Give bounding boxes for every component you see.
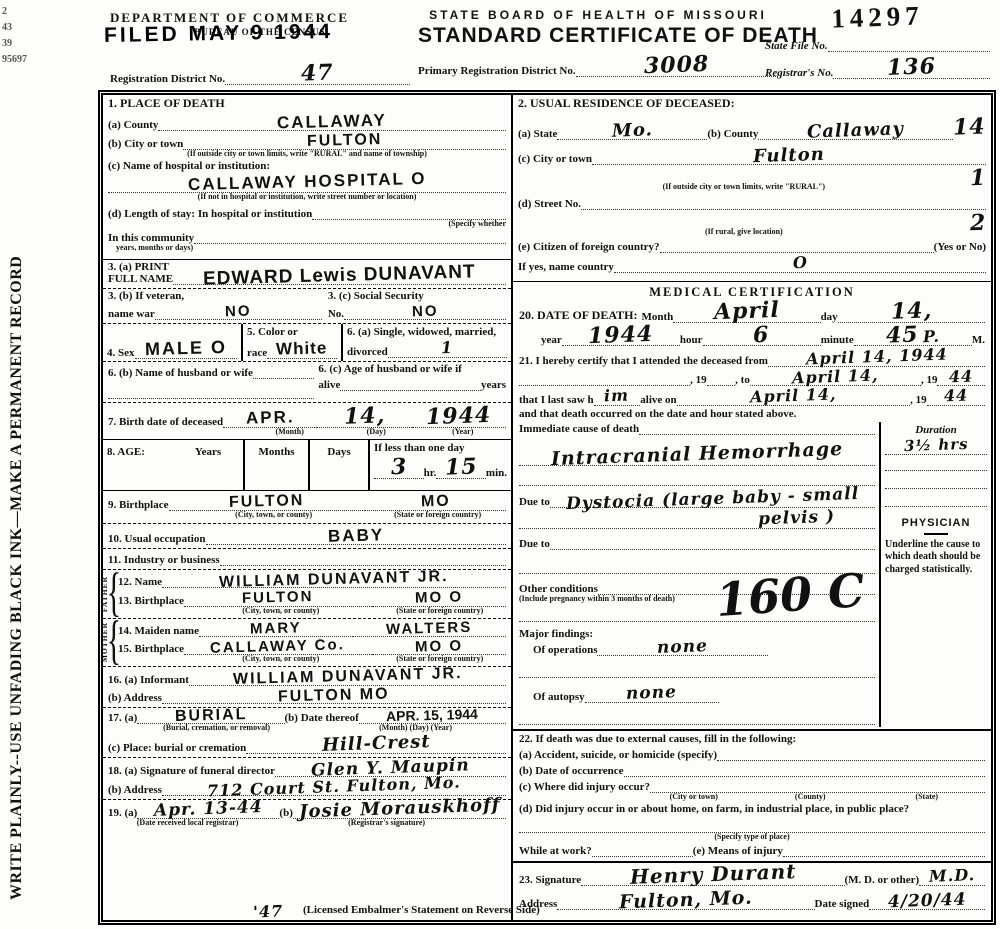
- occupation-label: 10. Usual occupation: [108, 533, 206, 545]
- margin-number: 43: [2, 20, 27, 36]
- received-label: 19. (a): [108, 807, 137, 819]
- length-of-stay-label: (d) Length of stay: In hospital or insti…: [108, 208, 312, 220]
- section-industry: 11. Industry or business: [103, 548, 511, 569]
- city-note: (If outside city or town limits, write "…: [108, 150, 506, 159]
- birth-month-value: APR.: [223, 410, 317, 427]
- registrar-sig-label: (b): [279, 807, 292, 819]
- father-birthplace-note-2: (State or foreign country): [374, 607, 507, 616]
- cause-blank-line: [519, 472, 875, 486]
- mother-birthplace-label: 15. Birthplace: [118, 643, 184, 655]
- father-birthplace-label: 13. Birthplace: [118, 595, 184, 607]
- father-group: FATHER 12. NameWILLIAM DUNAVANT JR. 13. …: [103, 569, 511, 618]
- md-value: M.D.: [919, 869, 985, 885]
- residence-county-code: 14: [953, 113, 987, 140]
- state-board-heading: STATE BOARD OF HEALTH OF MISSOURI: [418, 8, 778, 22]
- autopsy-blank-line: [519, 711, 875, 725]
- injury-place-label: (d) Did injury occur in or about home, o…: [519, 803, 985, 815]
- age-years-col: Years: [195, 446, 221, 458]
- physician-divider: [924, 533, 948, 535]
- margin-vertical-instruction: WRITE PLAINLY--USE UNFADING BLACK INK—MA…: [8, 100, 26, 900]
- section-external-causes: 22. If death was due to external causes,…: [513, 729, 991, 862]
- informant-label: 16. (a) Informant: [108, 674, 189, 686]
- accident-label: (a) Accident, suicide, or homicide (spec…: [519, 749, 717, 761]
- funeral-director-label: 18. (a) Signature of funeral director: [108, 765, 275, 777]
- mother-birthplace-state: MO O: [372, 640, 506, 655]
- marital-label: 6. (a) Single, widowed, married,: [347, 326, 507, 338]
- margin-number: 39: [2, 36, 27, 52]
- ssn-value: NO: [344, 305, 506, 320]
- date-signed-value: 4/20/44: [869, 894, 985, 910]
- alive-on-label: alive on: [640, 394, 676, 406]
- signature-label: 23. Signature: [519, 874, 581, 886]
- section-burial: 17. (a) BURIAL (b) Date thereof APR. 15,…: [103, 707, 511, 757]
- mother-group: MOTHER 14. Maiden nameMARYWALTERS 15. Bi…: [103, 618, 511, 667]
- birth-date-label: 7. Birth date of deceased: [108, 416, 223, 428]
- burial-place-label: (c) Place: burial or cremation: [108, 742, 246, 754]
- name-country-label: If yes, name country: [518, 261, 614, 273]
- street-no-note: (If rural, give location): [518, 228, 970, 237]
- city-value: FULTON: [183, 134, 506, 149]
- while-at-work-label: While at work?: [519, 845, 592, 857]
- ssn-label: 3. (c) Social Security: [328, 290, 506, 302]
- age-hours-value: 3: [374, 458, 424, 479]
- burial-note: (Burial, cremation, or removal): [108, 724, 325, 733]
- section-physician-signature: 23. Signature Henry Durant (M. D. or oth…: [513, 861, 991, 916]
- informant-value: WILLIAM DUNAVANT JR.: [189, 670, 506, 685]
- spouse-name-value-2: [108, 389, 314, 399]
- registrar-signature-value: Josie Morauskhoff: [293, 801, 506, 818]
- maiden-name-value: MARY: [199, 622, 353, 637]
- industry-label: 11. Industry or business: [108, 554, 220, 566]
- sex-value: MALE O: [135, 340, 238, 358]
- residence-city-value: Fulton: [592, 148, 986, 165]
- section-sex-race-marital: 4. SexMALE O 5. Color or raceWhite 6. (a…: [103, 323, 511, 360]
- embalmer-footer: (Licensed Embalmer's Statement on Revers…: [303, 904, 540, 916]
- primary-district-value: 3008: [576, 56, 778, 77]
- certificate-number-stamp: 14297: [765, 0, 991, 37]
- citizen-note: (Yes or No): [934, 241, 986, 253]
- last-year: 44: [927, 389, 985, 405]
- dod-year-label: year: [541, 334, 562, 346]
- residence-county-label: (b) County: [707, 128, 758, 140]
- county-value: CALLAWAY: [158, 114, 506, 131]
- last-saw-label: that I last saw h: [519, 394, 594, 406]
- birth-year-value: 1944: [412, 407, 506, 428]
- name-war-label: name war: [108, 308, 155, 320]
- less-than-day-label: If less than one day: [374, 442, 507, 454]
- attended-line4: and that death occurred on the date and …: [519, 408, 985, 420]
- burial-date-value: APR. 15, 1944: [359, 709, 506, 724]
- immediate-cause-label: Immediate cause of death: [519, 423, 639, 435]
- physician-label: PHYSICIAN: [885, 517, 987, 529]
- section-age: 8. AGE: Years Months Days If less than o…: [103, 439, 511, 490]
- maiden-name-label: 14. Maiden name: [118, 625, 199, 637]
- alive-label: alive: [318, 379, 340, 391]
- injury-place-note: (Specify type of place): [519, 833, 985, 842]
- years-label: years: [481, 379, 506, 391]
- dod-day-value: 14,: [838, 302, 985, 323]
- immediate-cause-fill: [639, 422, 875, 435]
- attended-fill-2: [707, 373, 736, 386]
- community-note: years, months or days): [108, 244, 506, 253]
- residence-city-label: (c) City or town: [518, 153, 592, 165]
- marital-value: 1: [388, 341, 507, 357]
- mother-birthplace-value: CALLAWAY Co.: [184, 640, 372, 655]
- registrar-no-label: Registrar's No.: [765, 67, 833, 79]
- due-to-2-value: [550, 537, 875, 550]
- burial-value: BURIAL: [137, 709, 284, 724]
- attended-19b: , 19: [921, 374, 938, 386]
- dod-minute-value: 45 P.: [854, 326, 972, 347]
- birthplace-note-2: (State or foreign country): [369, 511, 506, 520]
- community-value: [194, 231, 506, 244]
- birthplace-label: 9. Birthplace: [108, 499, 169, 511]
- certificate-title: STANDARD CERTIFICATE OF DEATH: [418, 24, 778, 48]
- received-date-value: Apr. 13-44: [137, 802, 279, 818]
- birthplace-note-1: (City, town, or county): [178, 511, 369, 520]
- attended-block: 21. I hereby certify that I attended the…: [513, 348, 991, 421]
- registration-district-label: Registration District No.: [110, 73, 225, 85]
- hospital-value: CALLAWAY HOSPITAL O: [108, 172, 506, 193]
- duration-blank-1: [885, 455, 987, 471]
- occurrence-date-label: (b) Date of occurrence: [519, 765, 624, 777]
- hospital-label: (c) Name of hospital or institution:: [108, 160, 270, 172]
- death-certificate-scan: 2 43 39 95697 WRITE PLAINLY--USE UNFADIN…: [0, 0, 1000, 929]
- md-or-other-label: (M. D. or other): [845, 874, 920, 886]
- margin-numbers: 2 43 39 95697: [2, 4, 27, 68]
- attended-line1: 21. I hereby certify that I attended the…: [519, 355, 768, 367]
- dod-year-value: 1944: [562, 326, 680, 347]
- while-at-work-value: [592, 844, 693, 857]
- duration-physician-column: Duration 3½ hrs PHYSICIAN Underline the …: [879, 422, 991, 727]
- attended-19a: , 19: [690, 374, 707, 386]
- birthplace-city-value: FULTON: [169, 495, 366, 510]
- right-column: 2. USUAL RESIDENCE OF DECEASED: (a) Stat…: [513, 95, 991, 920]
- section-birthplace: 9. Birthplace FULTON MO (City, town, or …: [103, 490, 511, 522]
- section-usual-residence: 2. USUAL RESIDENCE OF DECEASED: (a) Stat…: [513, 95, 991, 281]
- signature-value: Henry Durant: [581, 865, 844, 885]
- section-birth-date: 7. Birth date of deceased APR. 14, 1944 …: [103, 402, 511, 440]
- last-saw-value: April 14,: [677, 389, 910, 405]
- mother-label: MOTHER: [100, 622, 109, 662]
- full-name-value: EDWARD Lewis DUNAVANT: [173, 267, 506, 285]
- residence-county-value: Callaway: [758, 123, 953, 140]
- maiden-surname-value: WALTERS: [353, 622, 507, 637]
- veteran-value: NO: [155, 305, 322, 320]
- due-to-2-label: Due to: [519, 538, 550, 550]
- state-file-value: [828, 39, 990, 52]
- injury-where-value: [650, 780, 985, 793]
- received-note: (Date received local registrar): [108, 819, 267, 828]
- divorced-label: divorced: [347, 346, 388, 358]
- spouse-age-label: 6. (c) Age of husband or wife if: [318, 363, 506, 375]
- residence-city-code: 1: [969, 165, 986, 192]
- other-conditions-block: 160 C Other conditions (Include pregnanc…: [519, 582, 875, 725]
- signature-address-value: Fulton, Mo.: [557, 892, 814, 910]
- certificate-form: DEPARTMENT OF COMMERCE BUREAU OF THE CEN…: [98, 2, 996, 927]
- of-operations-label: Of operations: [533, 644, 597, 656]
- city-label: (b) City or town: [108, 138, 183, 150]
- left-column: 1. PLACE OF DEATH (a) CountyCALLAWAY (b)…: [103, 95, 513, 920]
- informant-address-value: FULTON MO: [162, 689, 506, 704]
- place-of-death-title: 1. PLACE OF DEATH: [108, 96, 506, 111]
- birthplace-state-value: MO: [365, 495, 506, 510]
- father-label: FATHER: [100, 576, 109, 612]
- attended-from-value: April 14, 1944: [768, 350, 985, 366]
- month-note: (Month): [246, 428, 333, 437]
- father-name-label: 12. Name: [118, 576, 162, 588]
- street-no-value: [581, 197, 986, 210]
- father-birthplace-value: FULTON: [184, 591, 372, 606]
- date-thereof-label: (b) Date thereof: [285, 712, 359, 724]
- citizen-value: [660, 240, 934, 253]
- due-to-1-label: Due to: [519, 496, 550, 508]
- last-saw-him: im: [594, 389, 641, 405]
- ssn-no-label: No.: [328, 308, 344, 320]
- findings-blank-line: [519, 664, 875, 678]
- spouse-name-value: [253, 366, 314, 379]
- spouse-name-label: 6. (b) Name of husband or wife: [108, 367, 253, 379]
- last-19: , 19: [910, 394, 927, 406]
- date-of-death-block: 20. DATE OF DEATH: Month April day 14, y…: [513, 300, 991, 349]
- attended-fill-1: [519, 373, 690, 386]
- birth-day-value: 14,: [317, 407, 411, 428]
- registrar-extra-mark: '47: [253, 901, 283, 922]
- external-causes-title: 22. If death was due to external causes,…: [519, 733, 985, 745]
- full-name-label: FULL NAME: [108, 273, 173, 285]
- operations-value: none: [597, 640, 768, 656]
- due-to-1-value: Dystocia (large baby - small: [550, 492, 875, 508]
- form-body: 1. PLACE OF DEATH (a) CountyCALLAWAY (b)…: [98, 90, 996, 925]
- race-value: White: [267, 341, 337, 358]
- dod-hour-value: 6: [703, 326, 821, 347]
- min-label: min.: [486, 467, 507, 479]
- hospital-note: (If not in hospital or institution, writ…: [108, 193, 506, 202]
- section-veteran-ssn: 3. (b) If veteran, name warNO 3. (c) Soc…: [103, 288, 511, 323]
- form-header: DEPARTMENT OF COMMERCE BUREAU OF THE CEN…: [98, 2, 996, 90]
- other-conditions-value: 160 C: [715, 563, 867, 627]
- of-autopsy-label: Of autopsy: [533, 691, 585, 703]
- section-occupation: 10. Usual occupationBABY: [103, 523, 511, 548]
- section-spouse: 6. (b) Name of husband or wife 6. (c) Ag…: [103, 361, 511, 402]
- age-minutes-value: 15: [436, 458, 486, 479]
- immediate-cause-value: Intracranial Hemorrhage: [519, 443, 875, 466]
- dod-day-label: day: [821, 311, 838, 323]
- mother-birthplace-note-1: (City, town, or county): [188, 655, 374, 664]
- residence-city-note: (If outside city or town limits, write "…: [518, 183, 970, 192]
- date-of-death-label: 20. DATE OF DEATH:: [519, 308, 637, 323]
- color-label: 5. Color or: [247, 326, 337, 338]
- registration-district-value: 47: [225, 64, 410, 85]
- occupation-value: BABY: [206, 528, 507, 545]
- residence-state-label: (a) State: [518, 128, 557, 140]
- duration-blank-2: [885, 471, 987, 489]
- citizen-label: (e) Citizen of foreign country?: [518, 241, 660, 253]
- attended-to-year: 44: [937, 370, 985, 386]
- injury-state-note: (State): [869, 793, 986, 802]
- father-birthplace-note-1: (City, town, or county): [188, 607, 374, 616]
- injury-where-label: (c) Where did injury occur?: [519, 781, 650, 793]
- race-label: race: [247, 347, 267, 359]
- burial-label: 17. (a): [108, 712, 137, 724]
- street-no-code: 2: [969, 210, 986, 237]
- residence-state-value: Mo.: [557, 123, 707, 140]
- duration-value: 3½ hrs: [885, 436, 987, 455]
- duration-blank-3: [885, 489, 987, 507]
- father-name-value: WILLIAM DUNAVANT JR.: [162, 573, 506, 588]
- section-funeral-director: 18. (a) Signature of funeral directorGle…: [103, 757, 511, 800]
- physician-note: Underline the cause to which death shoul…: [885, 539, 987, 577]
- means-of-injury-value: [783, 844, 985, 857]
- mother-birthplace-note-2: (State or foreign country): [374, 655, 507, 664]
- margin-number: 2: [2, 4, 27, 20]
- injury-county-note: (County): [752, 793, 869, 802]
- date-signed-label: Date signed: [815, 898, 870, 910]
- dod-hour-label: hour: [680, 334, 703, 346]
- dod-minute-label: minute: [821, 334, 854, 346]
- age-label: 8. AGE:: [107, 446, 145, 458]
- informant-address-label: (b) Address: [108, 692, 162, 704]
- accident-value: [717, 748, 985, 761]
- injury-city-note: (City or town): [636, 793, 753, 802]
- spouse-age-value: [340, 378, 481, 391]
- margin-number: 95697: [2, 52, 27, 68]
- filed-date-stamp: FILED MAY 9 1944: [104, 20, 333, 48]
- age-days-col: Days: [327, 446, 350, 458]
- sex-label: 4. Sex: [107, 347, 135, 359]
- length-of-stay-note: (Specify whether: [108, 220, 506, 229]
- name-country-value: O: [614, 256, 986, 272]
- attended-to-label: , to: [735, 374, 750, 386]
- section-informant: 16. (a) InformantWILLIAM DUNAVANT JR. (b…: [103, 666, 511, 707]
- section-place-of-death: 1. PLACE OF DEATH (a) CountyCALLAWAY (b)…: [103, 95, 511, 259]
- age-months-col: Months: [258, 446, 294, 458]
- hr-label: hr.: [424, 467, 437, 479]
- father-birthplace-state: MO O: [372, 591, 506, 606]
- state-file-label: State File No.: [765, 40, 828, 52]
- section-registrar: 19. (a) Apr. 13-44 (b) Josie Morauskhoff…: [103, 799, 511, 841]
- section-full-name: 3. (a) PRINTFULL NAME EDWARD Lewis DUNAV…: [103, 259, 511, 288]
- primary-district-label: Primary Registration District No.: [418, 65, 576, 77]
- autopsy-value: none: [585, 686, 719, 702]
- burial-place-value: Hill-Crest: [246, 736, 506, 753]
- print-label: 3. (a) PRINT: [108, 261, 169, 273]
- means-of-injury-label: (e) Means of injury: [693, 845, 783, 857]
- street-no-label: (d) Street No.: [518, 198, 581, 210]
- cause-of-death-block: Immediate cause of death Intracranial He…: [513, 422, 991, 727]
- funeral-address-value: 712 Court St. Fulton, Mo.: [162, 780, 506, 796]
- section-medical-certification: MEDICAL CERTIFICATION 20. DATE OF DEATH:…: [513, 281, 991, 916]
- duration-label: Duration: [885, 424, 987, 436]
- county-label: (a) County: [108, 119, 158, 131]
- funeral-address-label: (b) Address: [108, 784, 162, 796]
- dod-month-value: April: [673, 302, 820, 323]
- industry-value: [220, 553, 506, 566]
- registrar-no-value: 136: [833, 58, 990, 79]
- usual-residence-title: 2. USUAL RESIDENCE OF DECEASED:: [518, 96, 986, 111]
- dod-m-label: M.: [972, 334, 985, 346]
- veteran-label: 3. (b) If veteran,: [108, 290, 322, 302]
- occurrence-date-value: [624, 764, 985, 777]
